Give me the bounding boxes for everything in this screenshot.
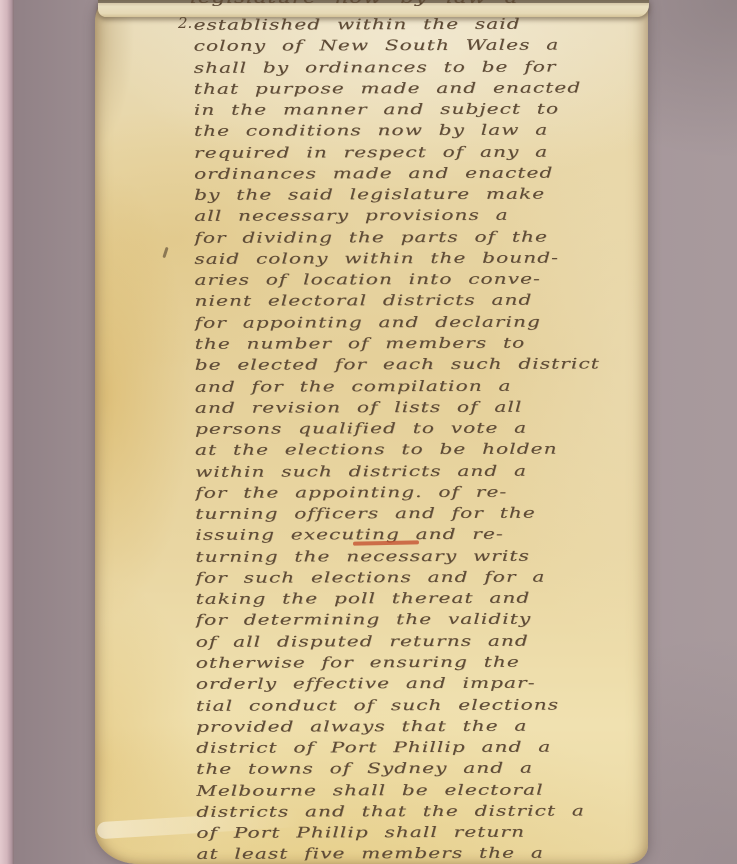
manuscript-line: within such districts and a: [195, 460, 646, 483]
manuscript-line: at least five members the a: [196, 843, 646, 861]
manuscript-line: provided always that the a: [196, 715, 646, 738]
manuscript-line: persons qualified to vote a: [195, 418, 647, 441]
manuscript-line: in the manner and subject to: [194, 99, 647, 122]
manuscript-line: and revision of lists of all: [195, 396, 647, 419]
manuscript-line: ordinances made and enacted: [194, 162, 646, 185]
manuscript-page: 2. established within the saidcolony of …: [95, 0, 648, 864]
manuscript-line: for appointing and declaring: [195, 311, 647, 334]
manuscript-line: Melbourne shall be electoral: [196, 779, 646, 802]
manuscript-line: colony of New South Wales a: [194, 35, 647, 58]
manuscript-line: shall by ordinances to be for: [194, 56, 647, 79]
manuscript-photo: 2. established within the saidcolony of …: [0, 0, 737, 864]
stray-ink-mark: [162, 247, 168, 258]
manuscript-line: district of Port Phillip and a: [196, 737, 646, 760]
manuscript-line: issuing executing and re-: [195, 524, 646, 547]
backdrop-left-strip: [0, 0, 14, 864]
manuscript-line: established within the said: [194, 14, 647, 37]
previous-page-bottom-edge: legislature now by law a: [98, 0, 649, 17]
manuscript-line: by the said legislature make: [194, 184, 646, 207]
manuscript-line: for determining the validity: [196, 609, 647, 632]
manuscript-line: turning officers and for the: [195, 503, 646, 526]
manuscript-line: said colony within the bound-: [194, 248, 646, 271]
manuscript-line: that purpose made and enacted: [194, 77, 647, 100]
manuscript-line: and for the compilation a: [195, 375, 647, 398]
manuscript-line: turning the necessary writs: [195, 545, 646, 568]
previous-page-text-line: legislature now by law a: [190, 0, 518, 7]
manuscript-line: at the elections to be holden: [195, 439, 646, 462]
manuscript-line: all necessary provisions a: [194, 205, 646, 228]
manuscript-line: otherwise for ensuring the: [196, 652, 647, 675]
manuscript-line: orderly effective and impar-: [196, 673, 647, 696]
manuscript-line: the number of members to: [195, 333, 647, 356]
manuscript-line: of all disputed returns and: [196, 630, 647, 653]
manuscript-line: tial conduct of such elections: [196, 694, 647, 717]
manuscript-line: of Port Phillip shall return: [196, 822, 646, 845]
manuscript-line: taking the poll thereat and: [196, 588, 647, 611]
manuscript-line: nient electoral districts and: [194, 290, 646, 313]
manuscript-line: districts and that the district a: [196, 800, 646, 823]
manuscript-line: be elected for each such district: [195, 354, 647, 377]
manuscript-line: required in respect of any a: [194, 141, 647, 164]
manuscript-line: for dividing the parts of the: [194, 226, 646, 249]
page-corner-shading: [95, 0, 159, 166]
manuscript-line: the towns of Sydney and a: [196, 758, 646, 781]
manuscript-line: aries of location into conve-: [194, 269, 646, 292]
manuscript-text-block: established within the saidcolony of New…: [194, 14, 647, 861]
manuscript-line: the conditions now by law a: [194, 120, 647, 143]
manuscript-line: for the appointing. of re-: [195, 481, 646, 504]
manuscript-line: for such elections and for a: [195, 567, 646, 590]
